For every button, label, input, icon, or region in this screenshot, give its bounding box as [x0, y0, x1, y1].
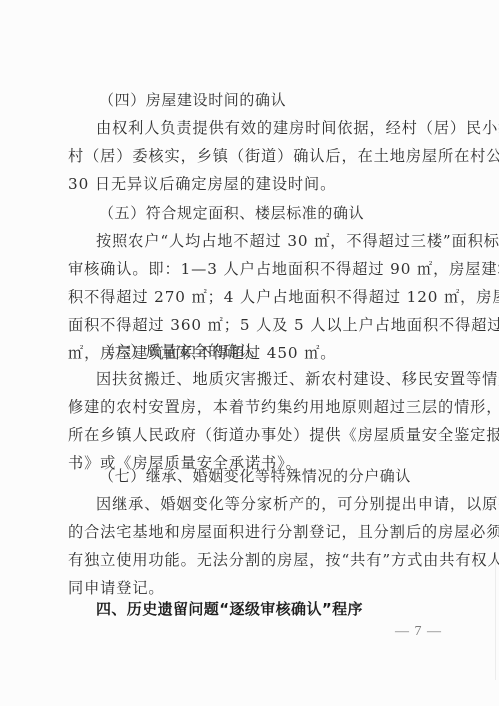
- paragraph-line: 同申请登记。: [68, 578, 438, 598]
- paragraph-line: 所在乡镇人民政府（街道办事处）提供《房屋质量安全鉴定报告: [68, 425, 438, 445]
- paragraph-line: 因扶贫搬迁、地质灾害搬迁、新农村建设、移民安置等情形: [96, 369, 438, 389]
- paragraph-line: 修建的农村安置房，本着节约集约用地原则超过三层的情形，由: [68, 397, 438, 417]
- section-heading-6: （六）质量安全的确认: [99, 341, 469, 361]
- chapter-heading: 四、历史遗留问题“逐级审核确认”程序: [96, 599, 466, 619]
- paragraph-line: 审核确认。即：1—3 人户占地面积不得超过 90 ㎡，房屋建筑面: [68, 259, 438, 279]
- paragraph-line: 村（居）委核实，乡镇（街道）确认后，在土地房屋所在村公示: [68, 146, 438, 166]
- document-page: （四）房屋建设时间的确认 由权利人负责提供有效的建房时间依据，经村（居）民小组、…: [0, 0, 499, 706]
- paragraph-line: 的合法宅基地和房屋面积进行分割登记，且分割后的房屋必须具: [68, 522, 438, 542]
- paragraph-line: 有独立使用功能。无法分割的房屋，按“共有”方式由共有权人共: [68, 550, 438, 570]
- section-heading-7: （七）继承、婚姻变化等特殊情况的分户确认: [99, 466, 469, 486]
- paragraph-line: 积不得超过 270 ㎡；4 人户占地面积不得超过 120 ㎡，房屋建筑: [68, 287, 438, 307]
- paragraph-line: 面积不得超过 360 ㎡；5 人及 5 人以上户占地面积不得超过 150: [68, 315, 438, 335]
- paragraph-line: 由权利人负责提供有效的建房时间依据，经村（居）民小组、: [96, 118, 438, 138]
- section-heading-4: （四）房屋建设时间的确认: [99, 90, 469, 110]
- paragraph-line: 因继承、婚姻变化等分家析产的，可分别提出申请，以原有: [96, 494, 438, 514]
- page-number: — 7 —: [395, 624, 442, 640]
- paragraph-line: 30 日无异议后确定房屋的建设时间。: [68, 174, 438, 194]
- section-heading-5: （五）符合规定面积、楼层标准的确认: [99, 203, 469, 223]
- paragraph-line: 按照农户“人均占地不超过 30 ㎡，不得超过三楼”面积标准: [96, 231, 438, 251]
- scan-edge-divider: [495, 560, 496, 680]
